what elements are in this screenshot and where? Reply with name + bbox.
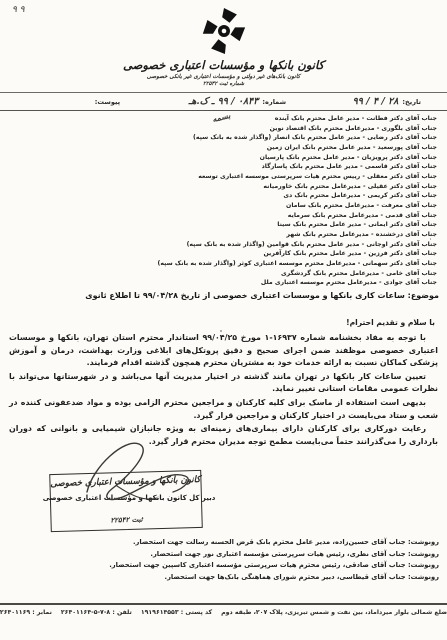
recipient-line: جناب آقای معرفت - مدیرعامل محترم بانک سا…: [0, 201, 447, 211]
letter-meta-row: تاریخ: ۲۸ / ۴ / ۹۹ شماره: ۰۸۴۳ / ۹۹ ـ ک.…: [0, 92, 447, 111]
cc-list: رونوشت: جناب آقای حسین‌زاده، مدیر عامل م…: [0, 537, 447, 583]
organization-name: کانون بانکها و مؤسسات اعتباری خصوصی: [0, 58, 447, 72]
recipient-line: جناب آقای خامی - مدیرعامل محترم بانک گرد…: [0, 269, 447, 279]
recipient-line: جناب آقای قدمی - مدیرعامل محترم بانک سرم…: [0, 211, 447, 221]
attachment-label: پیوست:: [95, 98, 120, 106]
organization-subtitle: کانون بانک‌های غیر دولتی و مؤسسات اعتبار…: [0, 74, 447, 80]
recipient-line: جناب آقای دکتر کریمی - مدیرعامل محترم با…: [0, 191, 447, 201]
cc-line: رونوشت: جناب آقای صادقی، رئیس محترم هیات…: [0, 560, 447, 572]
recipient-line: جناب آقای دکتر رضایی - مدیر عامل محترم ب…: [0, 133, 447, 143]
number-field: شماره: ۰۸۴۳ / ۹۹ ـ ک.هـ: [134, 96, 286, 107]
recipient-line: جناب آقای دکتر اوجانی - مدیر عامل محترم …: [0, 240, 447, 250]
organization-logo-icon: [201, 6, 247, 56]
recipient-line: جناب آقای درخشنده - مدیرعامل محترم بانک …: [0, 230, 447, 240]
letter-page: ۹ ۹ کانون بانکها و مؤسسات اعتباری خصوصی …: [0, 0, 447, 640]
recipient-line: جناب آقای دکتر قاسمی - مدیر عامل محترم ب…: [0, 162, 447, 172]
recipient-line: جناب آقای جوادی - مدیرعامل محترم موسسه ا…: [0, 278, 447, 288]
recipient-line: جناب آقای دکتر عقیلی - مدیرعامل محترم با…: [0, 182, 447, 192]
salutation: با سلام و تقدیم احترام!: [346, 318, 435, 327]
subject-line: موضوع: ساعات کاری بانکها و موسسات اعتبار…: [8, 291, 439, 300]
recipient-line: جناب آقای دکتر ایمانی - مدیر عامل محترم …: [0, 220, 447, 230]
recipient-line: جناب آقای بلگوری - مدیرعامل محترم بانک ا…: [0, 124, 447, 134]
recipients-list: جناب آقای دکتر فطانت - مدیر عامل محترم ب…: [0, 114, 447, 288]
letterhead: کانون بانکها و مؤسسات اعتباری خصوصی کانو…: [0, 6, 447, 87]
date-label: تاریخ:: [402, 98, 421, 106]
attachment-field: پیوست:: [0, 98, 134, 106]
footer-phone: تلفن : ۸-۷-۵-۲۶۴۰۱۱۶۴: [61, 609, 132, 616]
number-label: شماره:: [262, 98, 286, 106]
recipient-line: جناب آقای دکتر فطانت - مدیر عامل محترم ب…: [0, 114, 447, 124]
cc-line: رونوشت: جناب آقای نظری، رئیس هیات سرپرست…: [0, 549, 447, 561]
recipient-line: جناب آقای دکتر سهمانی - مدیرعامل محترم م…: [0, 259, 447, 269]
footer-postal-code: کد پستی : ۱۹۱۹۶۱۴۵۵۳: [141, 609, 212, 616]
footer-address: ضلع شمالی بلوار میرداماد، بین نفت و شمس …: [221, 609, 447, 616]
body-paragraph: بدیهی است استفاده از ماسک برای کلیه کارک…: [9, 397, 438, 422]
signature-block: کانون بانکها و مؤسسات اعتباری خصوصی ثبت …: [18, 452, 240, 547]
recipient-line: جناب آقای دکتر معقلی - رییس محترم هیات س…: [0, 172, 447, 182]
cc-line: رونوشت: جناب آقای قیطاسی، دبیر محترم شور…: [0, 572, 447, 584]
handwritten-signature-icon: [73, 436, 203, 516]
recipient-line: جناب آقای دکتر فرزین - مدیر عامل محترم ب…: [0, 249, 447, 259]
date-field: تاریخ: ۲۸ / ۴ / ۹۹: [286, 96, 447, 107]
recipient-line: جناب آقای دکتر پرویزیان - مدیر عامل محتر…: [0, 153, 447, 163]
number-value: ۰۸۴۳ / ۹۹ ـ ک.هـ: [189, 96, 259, 107]
organization-registration: شماره ثبت ۲۲۵۴۲: [0, 81, 447, 87]
cc-line: رونوشت: جناب آقای حسین‌زاده، مدیر عامل م…: [0, 537, 447, 549]
letter-body: با توجه به مفاد بخشنامه شماره ۱۶۹۳۷-۱ مو…: [9, 332, 438, 449]
body-paragraph: تعیین ساعات کار بانکها در تهران مانند گذ…: [9, 371, 438, 396]
footer-fax: نمابر : ۲۶۴۰۱۱۶۹: [0, 609, 52, 616]
date-value: ۲۸ / ۴ / ۹۹: [353, 96, 399, 107]
footer: ضلع شمالی بلوار میرداماد، بین نفت و شمس …: [0, 603, 447, 616]
recipient-line: جناب آقای پورسعید - مدیر عامل محترم بانک…: [0, 143, 447, 153]
body-paragraph: با توجه به مفاد بخشنامه شماره ۱۶۹۳۷-۱ مو…: [9, 332, 438, 370]
